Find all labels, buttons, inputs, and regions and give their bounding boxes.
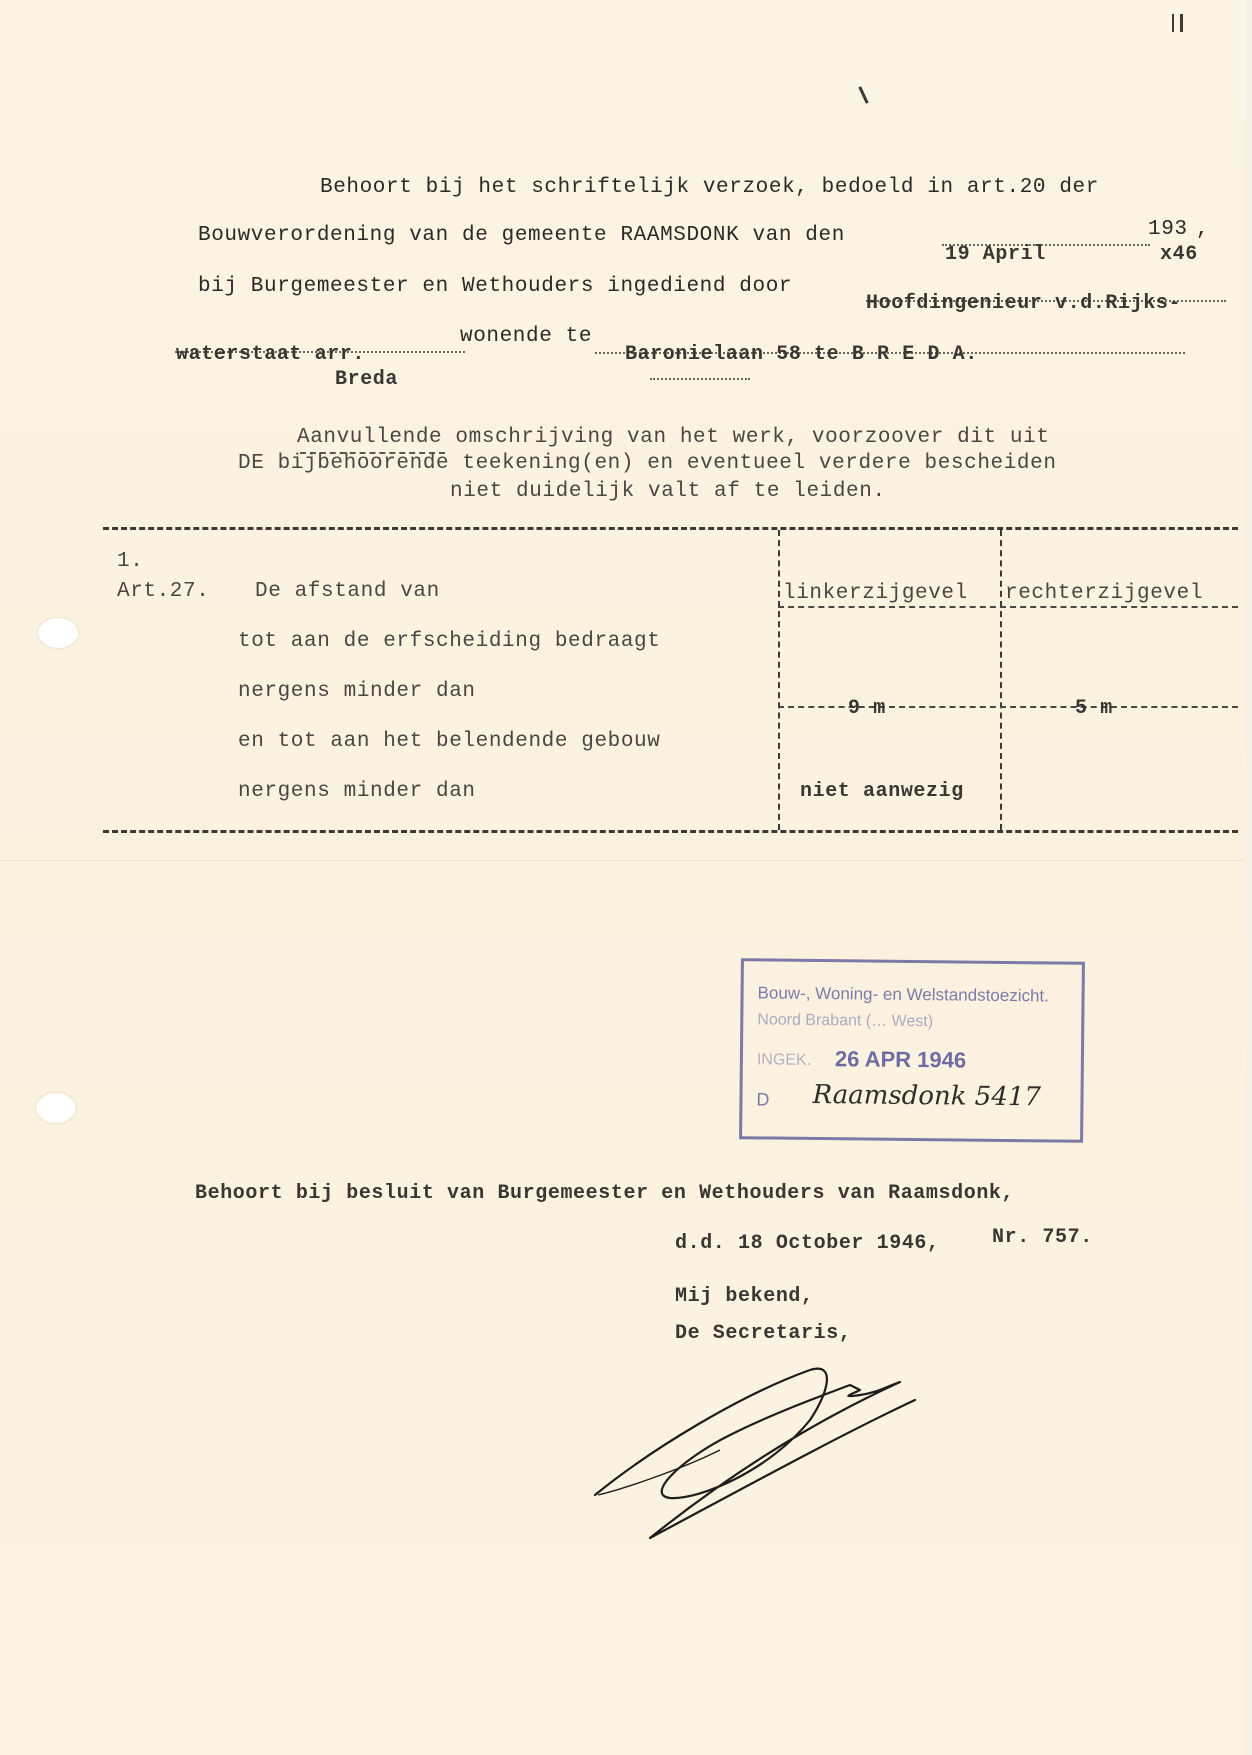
footer-line-1: Behoort bij besluit van Burgemeester en …	[195, 1182, 1014, 1205]
printed-year: 193	[1148, 218, 1188, 241]
header-line-3: bij Burgemeester en Wethouders ingediend…	[198, 275, 792, 298]
stamp-line-4-prefix: D	[756, 1089, 769, 1110]
value-right-erfscheiding: 5 m	[1075, 697, 1113, 720]
column-header-rule	[778, 606, 1238, 608]
stamp-line-3-prefix: INGEK.	[757, 1051, 811, 1070]
table-row-2: tot aan de erfscheiding bedraagt	[238, 630, 660, 653]
fold-line	[0, 860, 1245, 861]
column-header-right: rechterzijgevel	[1005, 582, 1203, 605]
footer-date: d.d. 18 October 1946,	[675, 1232, 940, 1255]
column-header-left: linkerzijgevel	[783, 582, 968, 605]
table-bottom-rule	[103, 830, 1238, 833]
table-top-rule	[103, 527, 1238, 530]
header-line-1: Behoort bij het schriftelijk verzoek, be…	[320, 176, 1099, 199]
secretary-signature	[560, 1340, 960, 1560]
header-line-2: Bouwverordening van de gemeente RAAMSDON…	[198, 224, 845, 247]
table-divider-2	[1000, 530, 1002, 830]
label-wonende-te: wonende te	[460, 325, 592, 348]
table-row-1: De afstand van	[255, 580, 440, 603]
value-left-gebouw: niet aanwezig	[800, 780, 964, 803]
stamp-date: 26 APR 1946	[835, 1046, 967, 1073]
received-stamp: Bouw-, Woning- en Welstandstoezicht. Noo…	[739, 958, 1085, 1143]
stamp-handwritten-reference: Raamsdonk 5417	[812, 1080, 1041, 1112]
table-row-4: en tot aan het belendende gebouw	[238, 730, 660, 753]
punch-hole-bottom	[36, 1093, 76, 1123]
value-left-erfscheiding: 9 m	[848, 697, 886, 720]
comma: ,	[1196, 218, 1209, 241]
footer-number: Nr. 757.	[992, 1226, 1093, 1249]
filled-applicant: Hoofdingenieur v.d.Rijks-	[866, 292, 1181, 315]
punch-hole-top	[38, 618, 78, 648]
filled-applicant-cont: waterstaat arr.	[176, 343, 365, 366]
footer-acknowledged: Mij bekend,	[675, 1285, 814, 1308]
table-row-3: nergens minder dan	[238, 680, 476, 703]
stamp-line-1: Bouw-, Woning- en Welstandstoezicht.	[757, 983, 1049, 1006]
stray-mark	[1172, 14, 1174, 32]
stamp-line-2: Noord Brabant (… West)	[757, 1011, 933, 1031]
paper-edge	[1245, 0, 1252, 1755]
description-line-2: DE bijbehoorende teekening(en) en eventu…	[238, 452, 1057, 475]
stray-mark	[1180, 14, 1183, 32]
filled-address: Baronielaan 58 te B R E D A.	[625, 343, 978, 366]
address-underline	[650, 378, 750, 380]
item-number: 1.	[117, 550, 143, 573]
table-divider-1	[778, 530, 780, 830]
filled-city: Breda	[335, 368, 398, 391]
filled-year: x46	[1160, 243, 1198, 266]
filled-date: 19 April	[945, 243, 1046, 266]
table-row-5: nergens minder dan	[238, 780, 476, 803]
value-row-rule	[778, 706, 1238, 708]
description-line-3: niet duidelijk valt af te leiden.	[450, 480, 886, 503]
description-line-1: Aanvullende omschrijving van het werk, v…	[297, 426, 1050, 449]
article-number: Art.27.	[117, 580, 209, 603]
